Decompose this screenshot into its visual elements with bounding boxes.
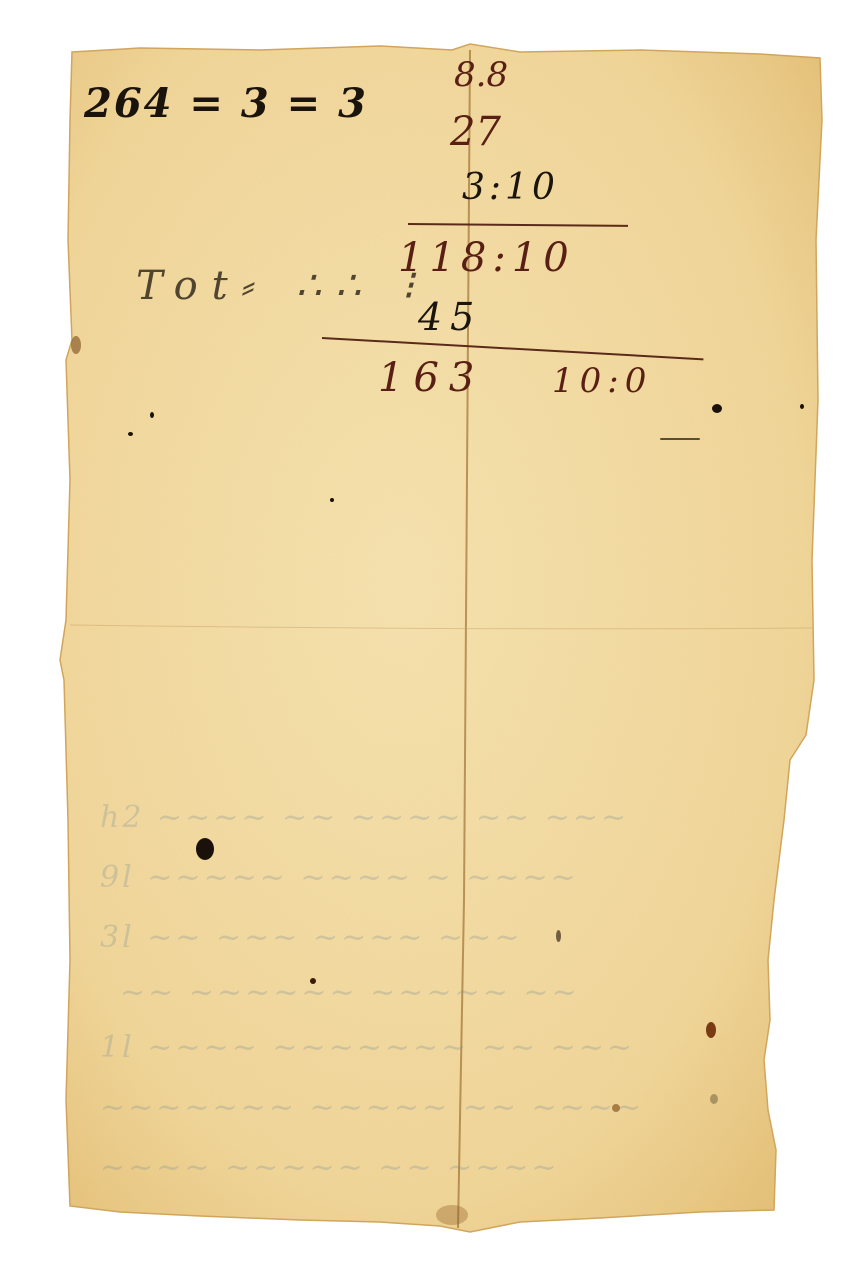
bleed-through-line: 3l ~~ ~~~ ~~~~ ~~~ bbox=[100, 920, 522, 955]
ink-blot bbox=[196, 838, 214, 860]
bleed-through-line: ~~~~~~~ ~~~~~ ~~ ~~~~ bbox=[100, 1090, 644, 1125]
bleed-through-line: ~~ ~~~~~~ ~~~~~ ~~ bbox=[120, 975, 580, 1010]
ink-speck bbox=[556, 930, 561, 942]
ink-speck bbox=[310, 978, 316, 984]
ink-speck bbox=[612, 1104, 620, 1112]
ink-speck bbox=[150, 412, 154, 418]
ink-speck bbox=[330, 498, 334, 502]
ink-speck bbox=[710, 1094, 718, 1104]
sum-line-1: 8.8 bbox=[454, 58, 508, 92]
smudged-text: Tot⸗ ∴∴ ⁝ bbox=[136, 266, 428, 306]
bleed-through-line: ~~~~ ~~~~~ ~~ ~~~~ bbox=[100, 1150, 560, 1185]
header-equation: 264 = 3 = 3 bbox=[84, 84, 368, 124]
total-left: 163 bbox=[378, 358, 484, 398]
ink-speck bbox=[128, 432, 133, 436]
ink-speck bbox=[712, 404, 722, 413]
ink-speck bbox=[660, 438, 700, 440]
bleed-through-line: 9l ~~~~~ ~~~~ ~ ~~~~ bbox=[100, 860, 579, 895]
sum-line-2: 27 bbox=[450, 112, 501, 152]
total-right: 10:0 bbox=[552, 364, 652, 398]
bleed-through-line: h2 ~~~~ ~~ ~~~~ ~~ ~~~ bbox=[100, 800, 629, 835]
ink-speck bbox=[800, 404, 804, 409]
bleed-through-line: 1l ~~~~ ~~~~~~~ ~~ ~~~ bbox=[100, 1030, 635, 1065]
ink-speck bbox=[706, 1022, 716, 1038]
sum-line-3: 3:10 bbox=[462, 170, 559, 206]
